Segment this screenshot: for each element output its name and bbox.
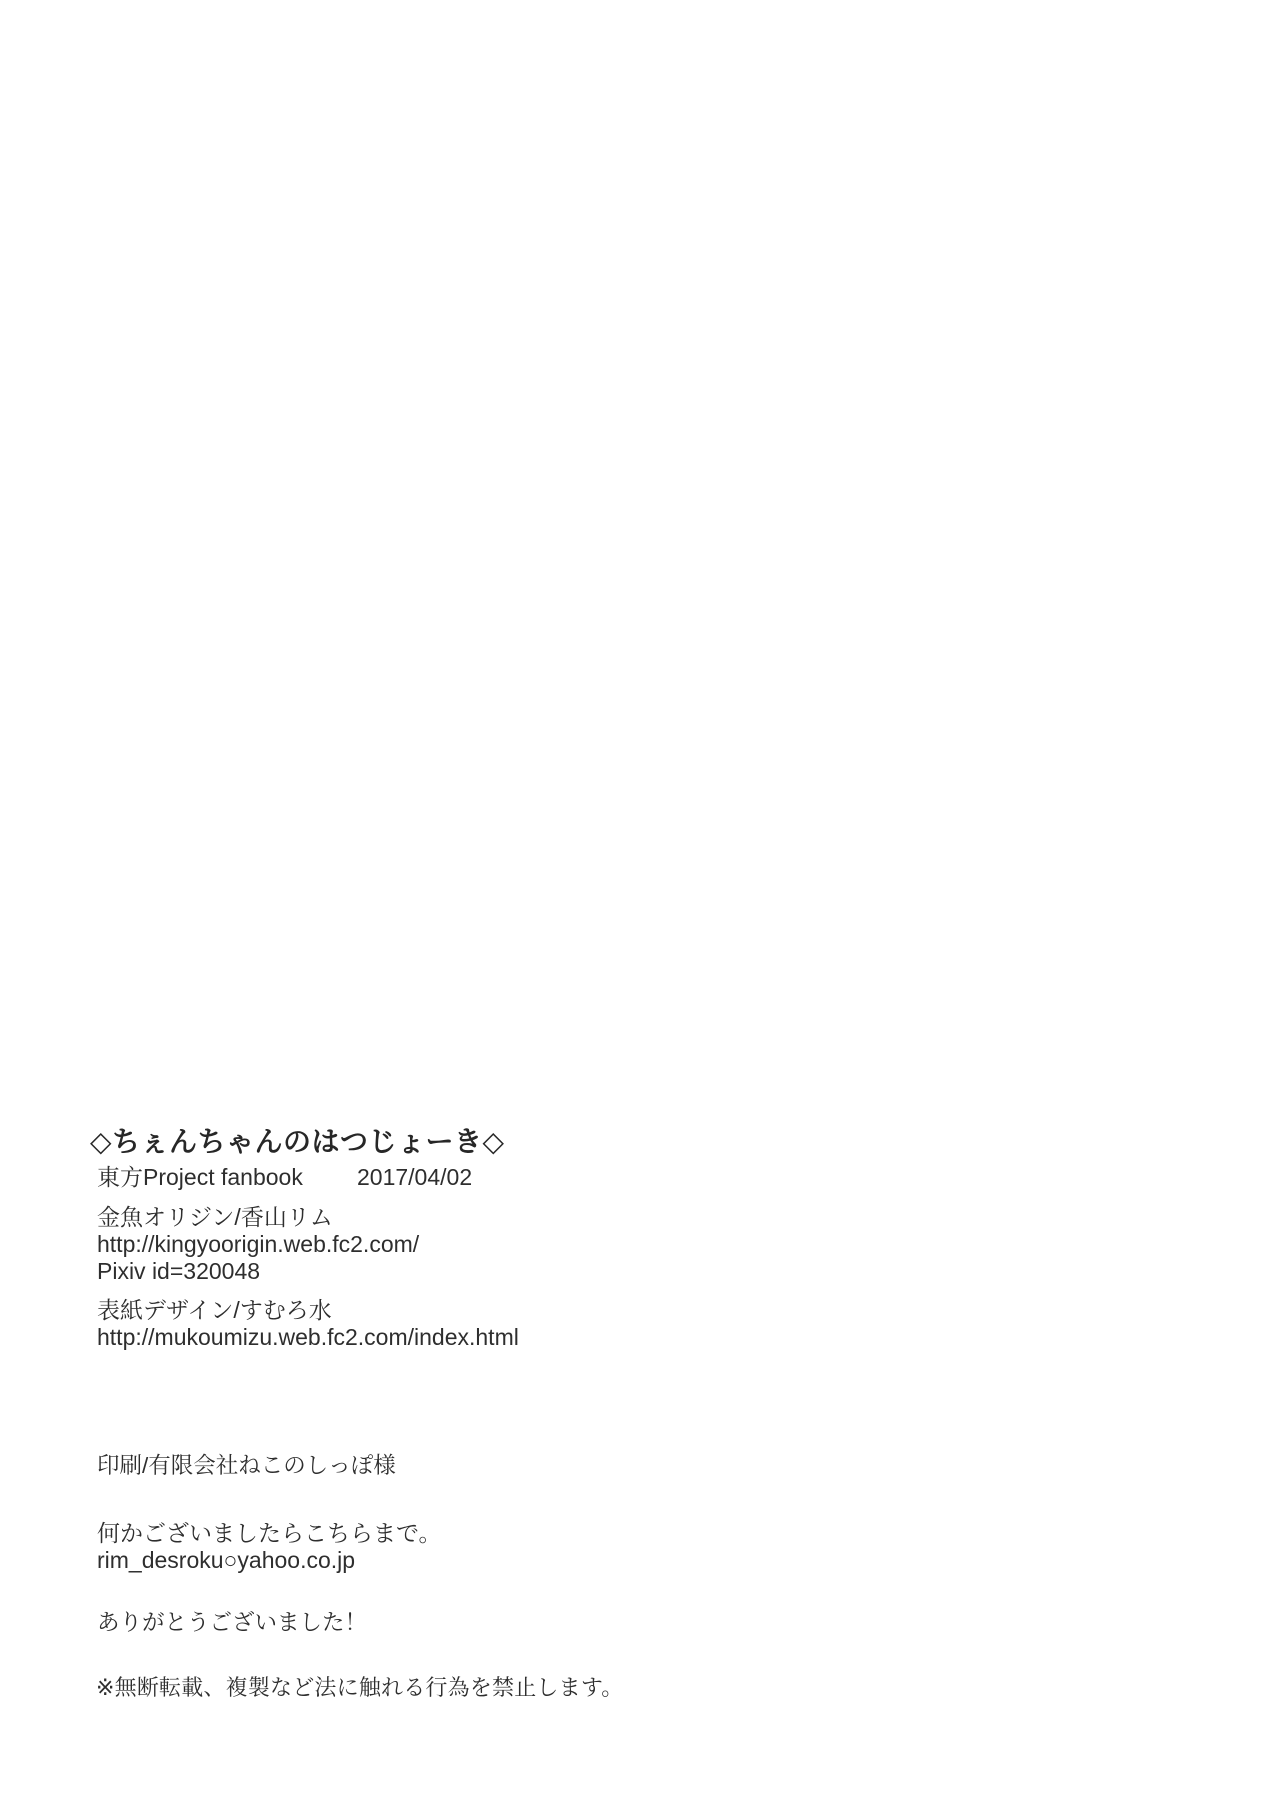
printing-credit: 印刷/有限会社ねこのしっぽ様 [97,1452,396,1479]
circle-credit-block: 金魚オリジン/香山リム http://kingyoorigin.web.fc2.… [97,1204,419,1285]
cover-design-credit: 表紙デザイン/すむろ水 [97,1297,519,1324]
copyright-notice: ※無断転載、複製など法に触れる行為を禁止します。 [96,1674,623,1701]
cover-design-block: 表紙デザイン/すむろ水 http://mukoumizu.web.fc2.com… [97,1297,519,1351]
publication-date: 2017/04/02 [357,1164,472,1191]
thanks-message: ありがとうございました！ [97,1609,367,1636]
cover-design-url: http://mukoumizu.web.fc2.com/index.html [97,1324,519,1351]
pixiv-id: Pixiv id=320048 [97,1258,419,1285]
colophon-page: ◇ちぇんちゃんのはつじょーき◇ 東方Project fanbook 2017/0… [0,0,1280,1808]
contact-block: 何かございましたらこちらまで。 rim_desroku○yahoo.co.jp [97,1520,442,1574]
circle-url: http://kingyoorigin.web.fc2.com/ [97,1231,419,1258]
fanbook-label: 東方Project fanbook [97,1164,303,1190]
contact-note: 何かございましたらこちらまで。 [97,1520,442,1547]
contact-email: rim_desroku○yahoo.co.jp [97,1547,442,1574]
book-title: ◇ちぇんちゃんのはつじょーき◇ [90,1126,505,1158]
circle-name: 金魚オリジン/香山リム [97,1204,419,1231]
publication-row: 東方Project fanbook 2017/04/02 [97,1164,597,1192]
